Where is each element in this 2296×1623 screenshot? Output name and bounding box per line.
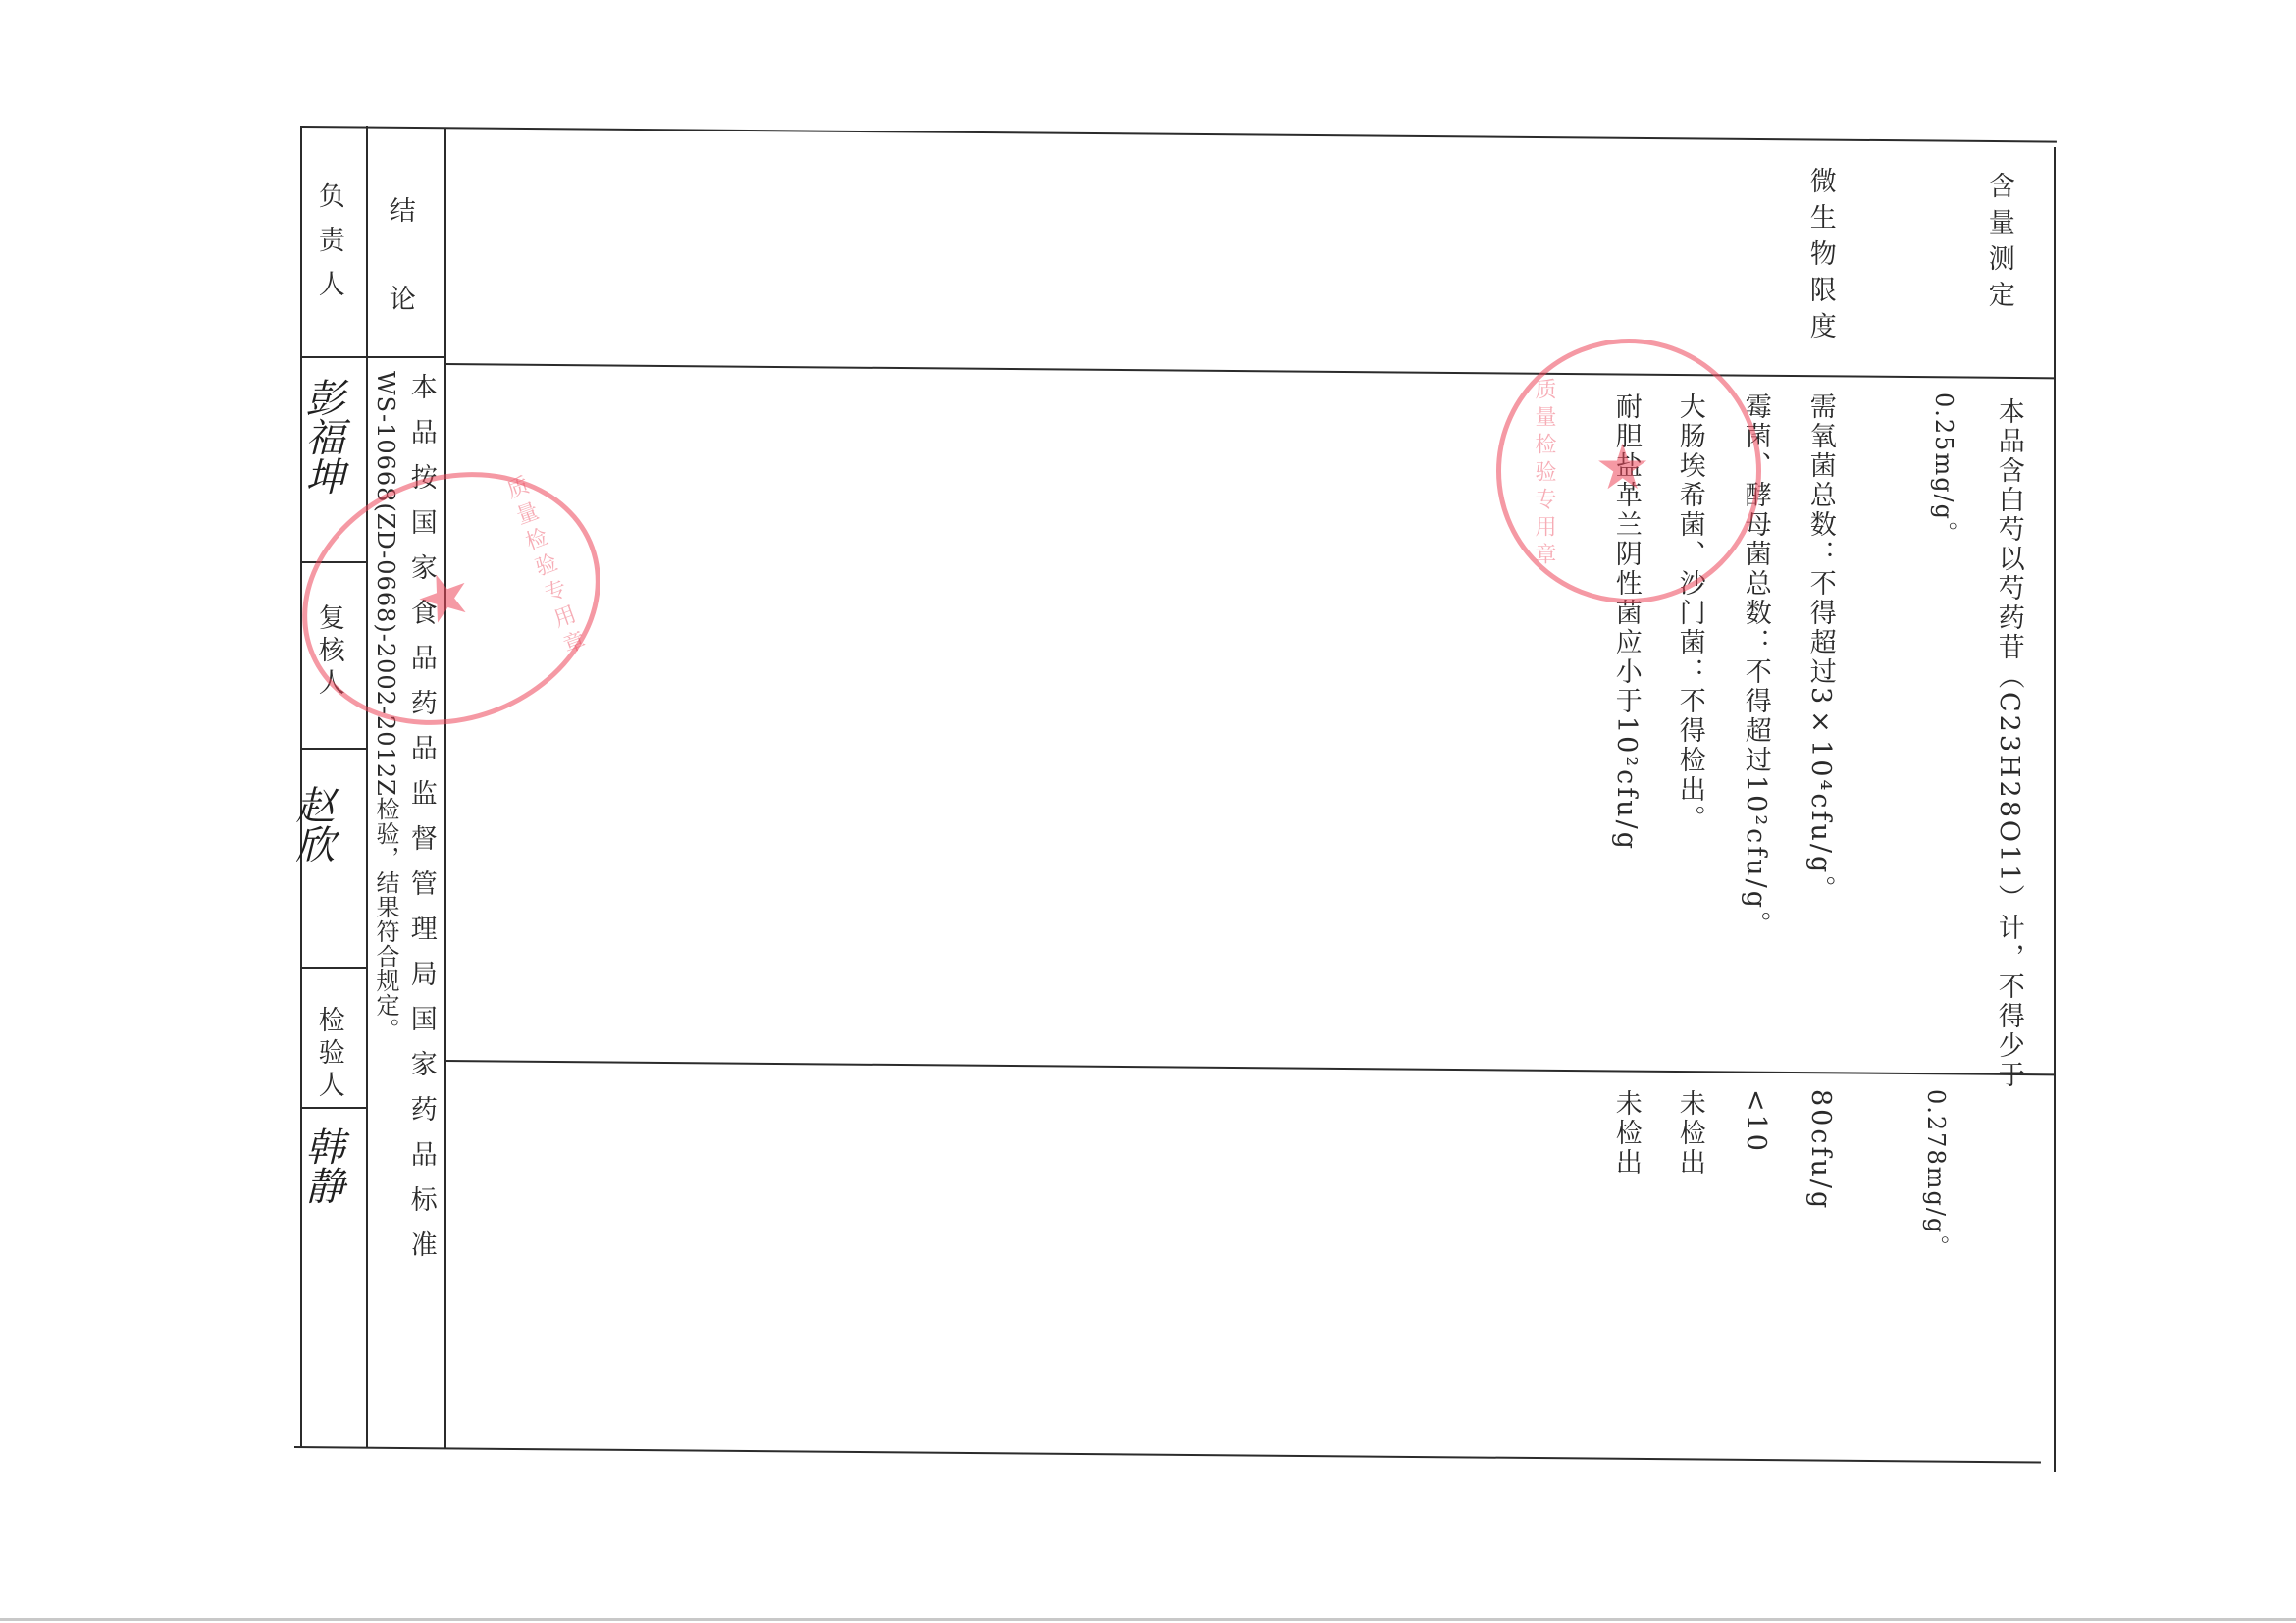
divider-sig-3 (300, 967, 367, 969)
responsible-label: 负责人 (312, 182, 345, 314)
microbial-result-3: 未检出 (1673, 1089, 1706, 1178)
reviewer-signature: 赵欣 (285, 785, 340, 864)
table-bottom-border (294, 1446, 2041, 1464)
divider-conclusion-body (444, 128, 446, 1448)
stamp-text: 质量检验专用章 (1529, 378, 1559, 570)
microbial-result-4: 未检出 (1609, 1089, 1643, 1178)
table-top-border (302, 126, 2057, 143)
assay-label: 含量测定 (1982, 172, 2015, 317)
assay-spec-line1: 本品含白芍以芍药苷（C23H28O11）计，不得少于 (1992, 397, 2025, 1090)
microbial-result-1: 80cfu/g (1803, 1089, 1837, 1211)
microbial-result-2: <10 (1739, 1089, 1772, 1154)
inspector-label: 检验人 (312, 1006, 345, 1103)
divider-responsible-labels (300, 356, 445, 358)
divider-responsible-conclusion (366, 126, 368, 1448)
scan-edge (0, 1618, 2296, 1621)
microbial-spec-1: 需氧菌总数：不得超过3×10⁴cfu/g。 (1803, 393, 1837, 905)
responsible-signature: 彭福坤 (294, 378, 350, 496)
divider-sig-2 (300, 748, 367, 750)
stamp-star-icon: ★ (407, 558, 482, 637)
quality-stamp-upper: ★ 质量检验专用章 (1496, 339, 1761, 603)
assay-result: 0.278mg/g。 (1921, 1089, 1951, 1260)
conclusion-label: 结 论 (383, 196, 416, 329)
table-right-border (2054, 147, 2056, 1472)
stamp-star-icon: ★ (1594, 437, 1650, 499)
divider-labels-values (444, 363, 2056, 379)
microbial-label: 微生物限度 (1803, 167, 1837, 348)
divider-spec-result (444, 1060, 2056, 1075)
stamp-text: 质量检验专用章 (497, 472, 592, 663)
assay-spec-line2: 0.25mg/g。 (1929, 393, 1958, 547)
inspector-signature: 韩静 (294, 1126, 350, 1205)
divider-sig-4 (300, 1107, 367, 1109)
